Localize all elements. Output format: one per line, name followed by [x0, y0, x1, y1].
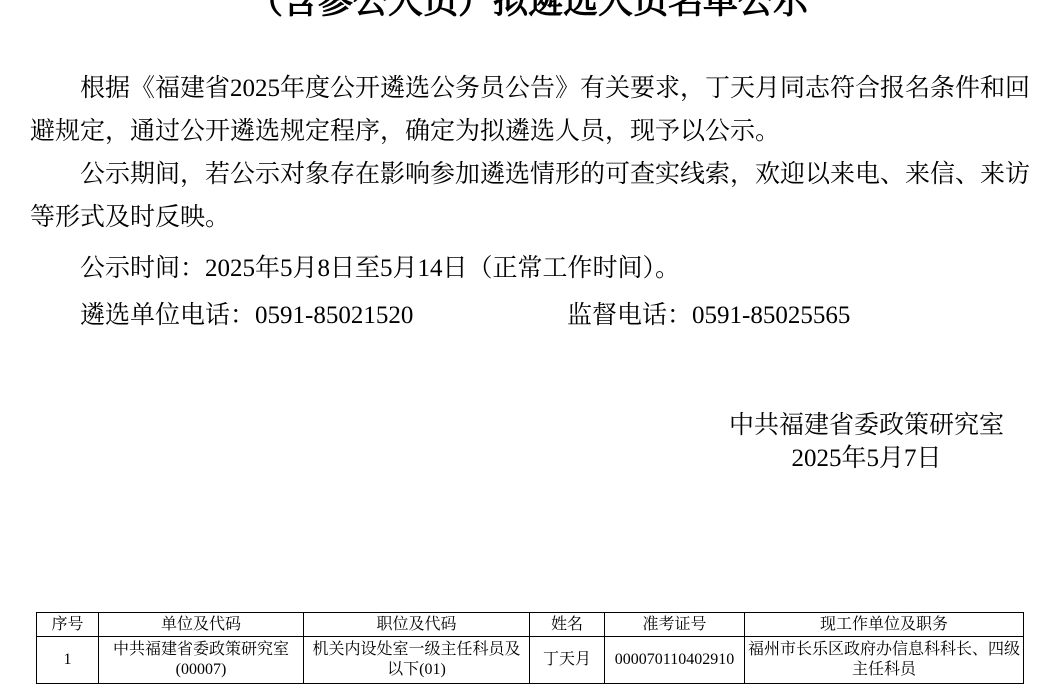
phone-line: 遴选单位电话：0591-85021520 监督电话：0591-85025565	[30, 294, 1030, 337]
cell-unit-and-code: 中共福建省委政策研究室(00007)	[99, 637, 304, 684]
signature-date: 2025年5月7日	[729, 442, 1004, 475]
cell-position-and-code: 机关内设处室一级主任科员及以下(01)	[304, 637, 530, 684]
header-position-and-code: 职位及代码	[304, 613, 530, 637]
document-title-clip: （含参公人员）拟遴选人员名单公示	[0, 0, 1056, 18]
cell-serial-number: 1	[37, 637, 99, 684]
cell-name: 丁天月	[530, 637, 605, 684]
paragraph-publicity-period: 公示时间：2025年5月8日至5月14日（正常工作时间）。	[30, 247, 1030, 290]
header-unit-and-code: 单位及代码	[99, 613, 304, 637]
header-name: 姓名	[530, 613, 605, 637]
cell-current-work-unit: 福州市长乐区政府办信息科科长、四级主任科员	[745, 637, 1024, 684]
results-table: 序号 单位及代码 职位及代码 姓名 准考证号 现工作单位及职务 1 中共福建省委…	[36, 612, 1024, 684]
table-row: 1 中共福建省委政策研究室(00007) 机关内设处室一级主任科员及以下(01)…	[37, 637, 1024, 684]
document-title: （含参公人员）拟遴选人员名单公示	[0, 0, 1056, 18]
paragraph-notice: 公示期间，若公示对象存在影响参加遴选情形的可查实线索，欢迎以来电、来信、来访等形…	[30, 153, 1030, 239]
document-page: （含参公人员）拟遴选人员名单公示 根据《福建省2025年度公开遴选公务员公告》有…	[0, 0, 1056, 689]
signature-org: 中共福建省委政策研究室	[729, 409, 1004, 442]
header-current-work-unit: 现工作单位及职务	[745, 613, 1024, 637]
header-exam-number: 准考证号	[605, 613, 745, 637]
supervision-phone: 监督电话：0591-85025565	[567, 294, 850, 337]
cell-exam-number: 000070110402910	[605, 637, 745, 684]
paragraph-intro: 根据《福建省2025年度公开遴选公务员公告》有关要求，丁天月同志符合报名条件和回…	[30, 67, 1030, 153]
header-serial-number: 序号	[37, 613, 99, 637]
unit-phone: 遴选单位电话：0591-85021520	[80, 302, 413, 329]
table-header-row: 序号 单位及代码 职位及代码 姓名 准考证号 现工作单位及职务	[37, 613, 1024, 637]
signature-block: 中共福建省委政策研究室 2025年5月7日	[729, 409, 1004, 475]
